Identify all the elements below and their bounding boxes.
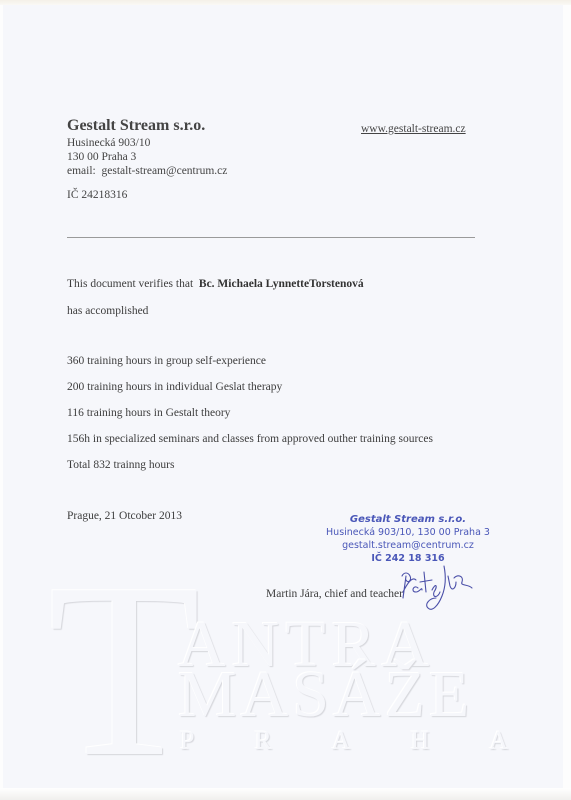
- company-name: Gestalt Stream s.r.o.: [67, 117, 205, 135]
- stamp-company-name: Gestalt Stream s.r.o.: [318, 513, 498, 526]
- email-label: email:: [67, 165, 96, 177]
- company-website-link[interactable]: www.gestalt-stream.cz: [361, 123, 466, 135]
- training-item: 116 training hours in Gestalt theory: [67, 407, 230, 419]
- accomplished-text: has accomplished: [67, 305, 148, 317]
- signer-name: Martin Jára, chief and teacher: [266, 588, 403, 600]
- company-street: Husinecká 903/10: [67, 137, 150, 149]
- header-separator: [67, 237, 475, 238]
- company-stamp: Gestalt Stream s.r.o. Husinecká 903/10, …: [318, 513, 498, 565]
- training-item: 156h in specialized seminars and classes…: [67, 433, 433, 445]
- stamp-email: gestalt.stream@centrum.cz: [318, 539, 498, 552]
- company-email[interactable]: gestalt-stream@centrum.cz: [102, 165, 228, 177]
- company-id: IČ 24218316: [67, 189, 127, 201]
- verifies-prefix: This document verifies that: [67, 278, 193, 290]
- place-date: Prague, 21 Otcober 2013: [67, 510, 182, 522]
- training-item: 200 training hours in individual Geslat …: [67, 381, 282, 393]
- company-city: 130 00 Praha 3: [67, 151, 136, 163]
- handwritten-signature-icon: [398, 562, 498, 622]
- company-email-line: email: gestalt-stream@centrum.cz: [67, 165, 227, 177]
- stamp-address: Husinecká 903/10, 130 00 Praha 3: [318, 526, 498, 539]
- verification-statement: This document verifies that Bc. Michaela…: [67, 278, 364, 290]
- training-item: 360 training hours in group self-experie…: [67, 355, 266, 367]
- paper-bottom-edge: [0, 788, 571, 800]
- training-total: Total 832 trainng hours: [67, 459, 174, 471]
- watermark-line-2: MASÁŽE: [178, 662, 473, 728]
- watermark-line-3: PRAHA: [180, 728, 568, 754]
- recipient-name: Bc. Michaela LynnetteTorstenová: [199, 278, 364, 290]
